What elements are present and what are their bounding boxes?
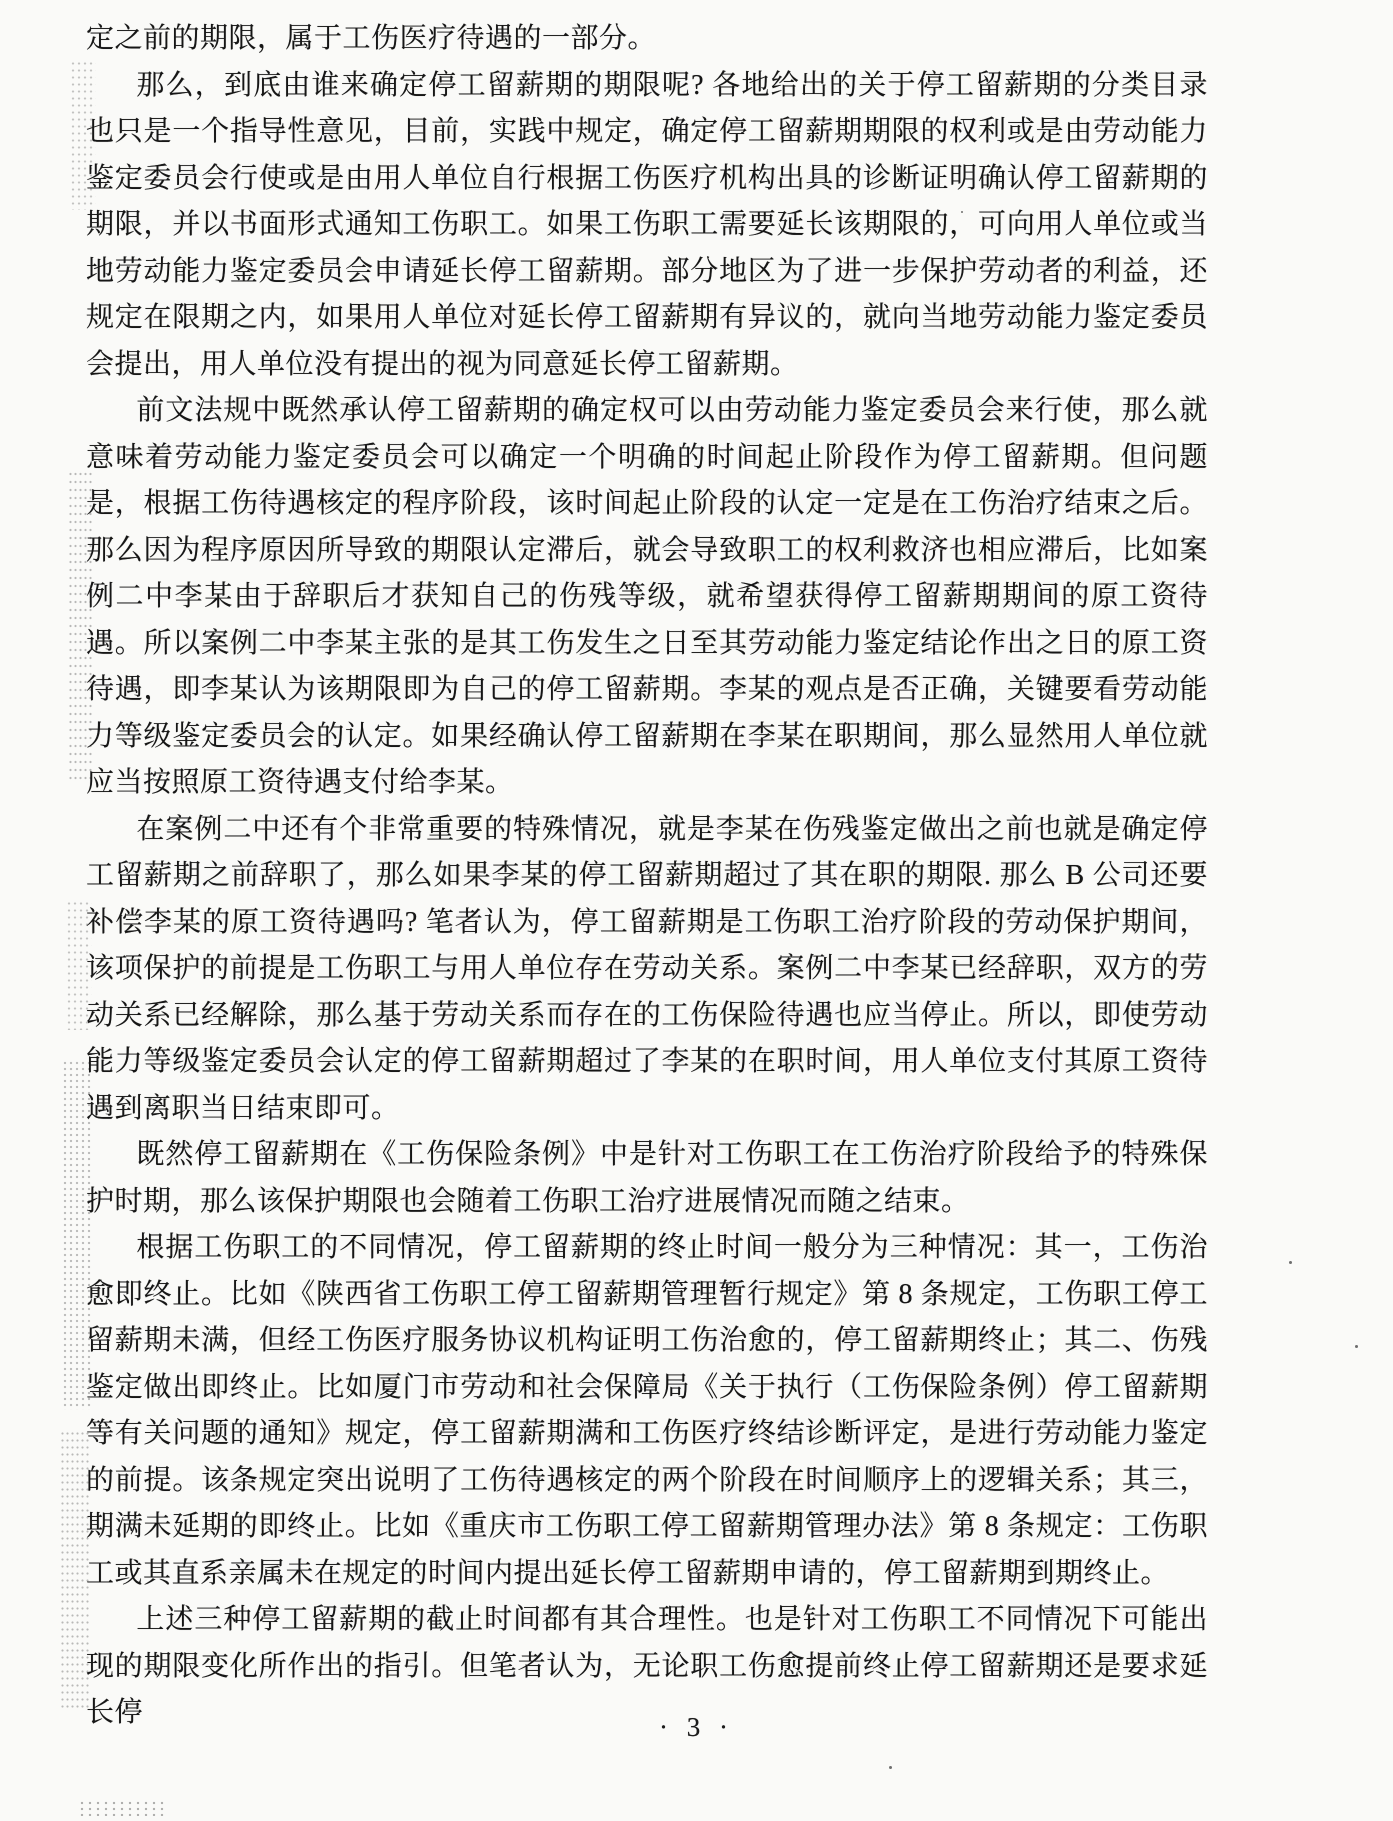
scan-speck bbox=[1289, 1261, 1292, 1264]
scan-speck bbox=[1355, 1345, 1358, 1348]
paragraph-three-termination-situations: 根据工伤职工的不同情况，停工留薪期的终止时间一般分为三种情况：其一，工伤治愈即终… bbox=[86, 1225, 1208, 1597]
scan-noise-bottom-edge bbox=[78, 1800, 168, 1816]
scan-speck bbox=[889, 1766, 892, 1769]
page-number: · 3 · bbox=[0, 1712, 1393, 1743]
document-text-block: 定之前的期限，属于工伤医疗待遇的一部分。 那么，到底由谁来确定停工留薪期的期限呢… bbox=[86, 16, 1208, 1737]
paragraph-special-protection-period: 既然停工留薪期在《工伤保险条例》中是针对工伤职工在工伤治疗阶段给予的特殊保护时期… bbox=[86, 1132, 1208, 1225]
paragraph-case-two-special-situation: 在案例二中还有个非常重要的特殊情况，就是李某在伤残鉴定做出之前也就是确定停工留薪… bbox=[86, 807, 1208, 1133]
scanned-document-page: 定之前的期限，属于工伤医疗待遇的一部分。 那么，到底由谁来确定停工留薪期的期限呢… bbox=[0, 0, 1393, 1821]
paragraph-continuation: 定之前的期限，属于工伤医疗待遇的一部分。 bbox=[86, 16, 1208, 63]
paragraph-committee-determination: 前文法规中既然承认停工留薪期的确定权可以由劳动能力鉴定委员会来行使，那么就意味着… bbox=[86, 388, 1208, 807]
paragraph-who-determines-period: 那么，到底由谁来确定停工留薪期的期限呢? 各地给出的关于停工留薪期的分类目录也只… bbox=[86, 63, 1208, 389]
